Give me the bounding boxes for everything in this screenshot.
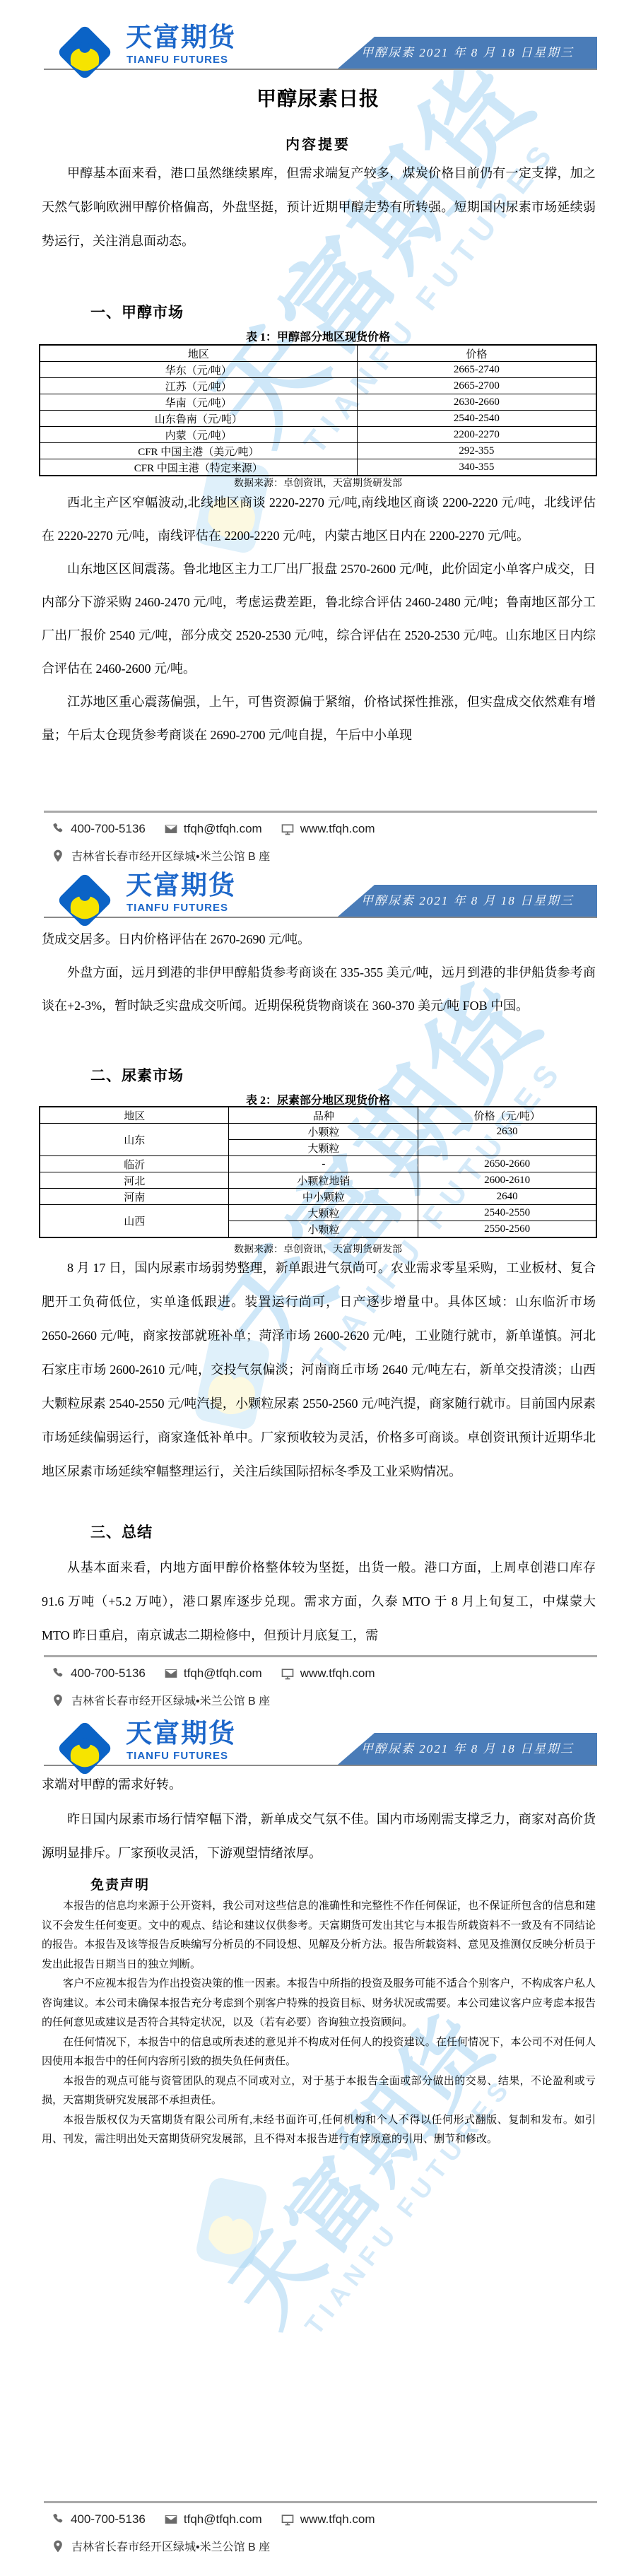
table-cell: - bbox=[229, 1156, 418, 1172]
date-banner: 甲醇尿素 2021 年 8 月 18 日星期三 bbox=[338, 37, 597, 69]
brand-logo-icon bbox=[54, 1717, 116, 1780]
table-cell: 大颗粒 bbox=[229, 1140, 418, 1156]
footer-website: www.tfqh.com bbox=[300, 2512, 375, 2527]
monitor-icon bbox=[281, 2512, 295, 2527]
mail-icon bbox=[164, 1666, 178, 1681]
table-cell: CFR 中国主港（特定来源） bbox=[40, 459, 357, 476]
phone-icon bbox=[51, 1666, 65, 1681]
table-cell: 内蒙（元/吨） bbox=[40, 427, 357, 443]
summary-heading: 内容提要 bbox=[0, 133, 636, 153]
table-row: 河南中小颗粒2640 bbox=[40, 1189, 596, 1205]
footer-website: www.tfqh.com bbox=[300, 1666, 375, 1681]
brand-name-en: TIANFU FUTURES bbox=[126, 1750, 228, 1762]
table-cell: 292-355 bbox=[357, 443, 596, 459]
section3-paragraphs: 从基本面来看，内地方面甲醇价格整体较为坚挺，出货一般。港口方面，上周卓创港口库存… bbox=[42, 1551, 596, 1652]
paragraph: 本报告的信息均来源于公开资料，我公司对这些信息的准确性和完整性不作任何保证，也不… bbox=[42, 1897, 596, 1975]
phone-icon bbox=[51, 822, 65, 836]
date-banner-text: 甲醇尿素 2021 年 8 月 18 日星期三 bbox=[338, 37, 597, 69]
footer-phone: 400-700-5136 bbox=[71, 822, 146, 836]
table-cell: 2200-2270 bbox=[357, 427, 596, 443]
table-cell: 2665-2740 bbox=[357, 362, 596, 378]
footer-phone-item: 400-700-5136 bbox=[51, 1666, 146, 1681]
table-cell: 华南（元/吨） bbox=[40, 394, 357, 411]
paragraph: 西北主产区窄幅波动,北线地区商谈 2220-2270 元/吨,南线地区商谈 22… bbox=[42, 486, 596, 553]
page-title: 甲醇尿素日报 bbox=[0, 83, 636, 112]
table-cell: 2550-2560 bbox=[418, 1221, 596, 1238]
table-row: 山东鲁南（元/吨）2540-2540 bbox=[40, 411, 596, 427]
section1-heading: 一、甲醇市场 bbox=[90, 301, 184, 322]
location-icon bbox=[51, 2539, 65, 2553]
header-divider bbox=[44, 1765, 597, 1766]
page-header: 天富期货 TIANFU FUTURES 甲醇尿素 2021 年 8 月 18 日… bbox=[0, 20, 636, 83]
paragraph: 甲醇基本面来看，港口虽然继续累库，但需求端复产较多，煤炭价格目前仍有一定支撑，加… bbox=[42, 156, 596, 258]
paragraph: 本报告的观点可能与资管团队的观点不同或对立，对于基于本报告全面或部分做出的交易、… bbox=[42, 2072, 596, 2111]
footer-phone: 400-700-5136 bbox=[71, 2512, 146, 2527]
footer-address-item: 吉林省长春市经开区绿城•米兰公馆 B 座 bbox=[51, 2538, 270, 2554]
footer-address-item: 吉林省长春市经开区绿城•米兰公馆 B 座 bbox=[51, 1692, 270, 1708]
table-cell: 临沂 bbox=[40, 1156, 229, 1172]
table-cell bbox=[418, 1140, 596, 1156]
date-banner: 甲醇尿素 2021 年 8 月 18 日星期三 bbox=[338, 1733, 597, 1765]
section1-paragraphs: 西北主产区窄幅波动,北线地区商谈 2220-2270 元/吨,南线地区商谈 22… bbox=[42, 486, 596, 752]
paragraph: 客户不应视本报告为作出投资决策的惟一因素。本报告中所指的投资及服务可能不适合个别… bbox=[42, 1975, 596, 2033]
table-cell: 中小颗粒 bbox=[229, 1189, 418, 1205]
table-cell: 山东 bbox=[40, 1124, 229, 1156]
table-cell: 小颗粒地销 bbox=[229, 1172, 418, 1189]
footer-email: tfqh@tfqh.com bbox=[184, 1666, 262, 1681]
disclaimer-heading: 免责声明 bbox=[90, 1874, 150, 1893]
table-cell: 2650-2660 bbox=[418, 1156, 596, 1172]
column-header: 地区 bbox=[40, 345, 357, 362]
paragraph: 昨日国内尿素市场行情窄幅下滑，新单成交气氛不佳。国内市场刚需支撑乏力，商家对高价… bbox=[42, 1802, 596, 1870]
table1-caption: 表 1：甲醇部分地区现货价格 bbox=[0, 328, 636, 344]
column-header: 品种 bbox=[229, 1107, 418, 1124]
section2-heading: 二、尿素市场 bbox=[90, 1064, 184, 1086]
methanol-price-table: 地区价格华东（元/吨）2665-2740江苏（元/吨）2665-2700华南（元… bbox=[39, 344, 597, 476]
table-cell: 山东鲁南（元/吨） bbox=[40, 411, 357, 427]
mail-icon bbox=[164, 822, 178, 836]
paragraph: 外盘方面，远月到港的非伊甲醇船货参考商谈在 335-355 美元/吨，远月到港的… bbox=[42, 956, 596, 1023]
table-row: 河北小颗粒地销2600-2610 bbox=[40, 1172, 596, 1189]
table-cell: 2540-2550 bbox=[418, 1205, 596, 1221]
table2-caption: 表 2：尿素部分地区现货价格 bbox=[0, 1091, 636, 1107]
table-row: 华南（元/吨）2630-2660 bbox=[40, 394, 596, 411]
paragraph: 本报告版权仅为天富期货有限公司所有,未经书面许可,任何机构和个人不得以任何形式翻… bbox=[42, 2111, 596, 2150]
table-row: 山西大颗粒2540-2550 bbox=[40, 1205, 596, 1221]
table-cell: 河南 bbox=[40, 1189, 229, 1205]
footer-address: 吉林省长春市经开区绿城•米兰公馆 B 座 bbox=[71, 2538, 270, 2554]
brand-logo-icon bbox=[54, 869, 116, 931]
date-banner: 甲醇尿素 2021 年 8 月 18 日星期三 bbox=[338, 885, 597, 917]
table-row: 江苏（元/吨）2665-2700 bbox=[40, 378, 596, 394]
disclaimer-paragraphs: 本报告的信息均来源于公开资料，我公司对这些信息的准确性和完整性不作任何保证，也不… bbox=[42, 1897, 596, 2150]
table-row: 内蒙（元/吨）2200-2270 bbox=[40, 427, 596, 443]
table-row: 山东小颗粒2630 bbox=[40, 1124, 596, 1140]
footer-email-item: tfqh@tfqh.com bbox=[164, 1666, 262, 1681]
brand-name-cn: 天富期货 bbox=[126, 24, 236, 50]
table-cell: 华东（元/吨） bbox=[40, 362, 357, 378]
section1-foreign-paragraphs: 外盘方面，远月到港的非伊甲醇船货参考商谈在 335-355 美元/吨，远月到港的… bbox=[42, 956, 596, 1023]
table-cell: 河北 bbox=[40, 1172, 229, 1189]
footer-phone-item: 400-700-5136 bbox=[51, 2512, 146, 2527]
table-cell: 2630 bbox=[418, 1124, 596, 1140]
page-header: 天富期货 TIANFU FUTURES 甲醇尿素 2021 年 8 月 18 日… bbox=[0, 1716, 636, 1780]
table-cell: 小颗粒 bbox=[229, 1221, 418, 1238]
footer-email-item: tfqh@tfqh.com bbox=[164, 822, 262, 836]
brand-logo-icon bbox=[54, 21, 116, 83]
header-divider bbox=[44, 917, 597, 918]
table-cell: 2665-2700 bbox=[357, 378, 596, 394]
table-cell: 2640 bbox=[418, 1189, 596, 1205]
footer-website-item: www.tfqh.com bbox=[281, 822, 375, 836]
table-cell: 大颗粒 bbox=[229, 1205, 418, 1221]
footer-website: www.tfqh.com bbox=[300, 822, 375, 836]
column-header: 地区 bbox=[40, 1107, 229, 1124]
brand-name-cn: 天富期货 bbox=[126, 1720, 236, 1746]
footer-divider bbox=[44, 1655, 597, 1657]
table-cell: 小颗粒 bbox=[229, 1124, 418, 1140]
column-header: 价格 bbox=[357, 345, 596, 362]
monitor-icon bbox=[281, 822, 295, 836]
table-cell: CFR 中国主港（美元/吨） bbox=[40, 443, 357, 459]
footer-divider bbox=[44, 811, 597, 813]
paragraph: 8 月 17 日，国内尿素市场弱势整理，新单跟进气氛尚可。农业需求零星采购，工业… bbox=[42, 1251, 596, 1488]
date-banner-text: 甲醇尿素 2021 年 8 月 18 日星期三 bbox=[338, 885, 597, 917]
summary-paragraphs: 甲醇基本面来看，港口虽然继续累库，但需求端复产较多，煤炭价格目前仍有一定支撑，加… bbox=[42, 156, 596, 258]
table-cell: 山西 bbox=[40, 1205, 229, 1238]
footer-address-item: 吉林省长春市经开区绿城•米兰公馆 B 座 bbox=[51, 847, 270, 864]
table-row: CFR 中国主港（特定来源）340-355 bbox=[40, 459, 596, 476]
mail-icon bbox=[164, 2512, 178, 2527]
table-cell: 340-355 bbox=[357, 459, 596, 476]
brand-name-cn: 天富期货 bbox=[126, 872, 236, 898]
report-canvas: 天富期货 TIANFU FUTURES 天富期货 TIANFU FUTURES … bbox=[0, 0, 636, 2576]
paragraph: 山东地区区间震荡。鲁北地区主力工厂出厂报盘 2570-2600 元/吨，此价固定… bbox=[42, 553, 596, 686]
footer-website-item: www.tfqh.com bbox=[281, 1666, 375, 1681]
footer-email: tfqh@tfqh.com bbox=[184, 822, 262, 836]
footer-divider bbox=[44, 2501, 597, 2503]
paragraph: 江苏地区重心震荡偏强，上午，可售资源偏于紧缩，价格试探性推涨，但实盘成交依然难有… bbox=[42, 686, 596, 752]
urea-price-table: 地区品种价格（元/吨）山东小颗粒2630大颗粒临沂-2650-2660河北小颗粒… bbox=[39, 1106, 597, 1238]
table-row: 华东（元/吨）2665-2740 bbox=[40, 362, 596, 378]
footer-phone: 400-700-5136 bbox=[71, 1666, 146, 1681]
location-icon bbox=[51, 1693, 65, 1707]
footer-email-item: tfqh@tfqh.com bbox=[164, 2512, 262, 2527]
footer-email: tfqh@tfqh.com bbox=[184, 2512, 262, 2527]
footer-website-item: www.tfqh.com bbox=[281, 2512, 375, 2527]
phone-icon bbox=[51, 2512, 65, 2527]
brand-name-en: TIANFU FUTURES bbox=[126, 54, 228, 66]
location-icon bbox=[51, 849, 65, 863]
footer-address: 吉林省长春市经开区绿城•米兰公馆 B 座 bbox=[71, 847, 270, 864]
page-header: 天富期货 TIANFU FUTURES 甲醇尿素 2021 年 8 月 18 日… bbox=[0, 868, 636, 931]
footer-phone-item: 400-700-5136 bbox=[51, 822, 146, 836]
paragraph: 在任何情况下，本报告中的信息或所表述的意见并不构成对任何人的投资建议。在任何情况… bbox=[42, 2033, 596, 2072]
footer-address: 吉林省长春市经开区绿城•米兰公馆 B 座 bbox=[71, 1692, 270, 1708]
section3-urea-paragraphs: 昨日国内尿素市场行情窄幅下滑，新单成交气氛不佳。国内市场刚需支撑乏力，商家对高价… bbox=[42, 1802, 596, 1870]
table-row: CFR 中国主港（美元/吨）292-355 bbox=[40, 443, 596, 459]
column-header: 价格（元/吨） bbox=[418, 1107, 596, 1124]
header-divider bbox=[44, 69, 597, 70]
table-row: 临沂-2650-2660 bbox=[40, 1156, 596, 1172]
table-cell: 2540-2540 bbox=[357, 411, 596, 427]
table-cell: 2600-2610 bbox=[418, 1172, 596, 1189]
section3-heading: 三、总结 bbox=[90, 1521, 153, 1542]
paragraph: 从基本面来看，内地方面甲醇价格整体较为坚挺，出货一般。港口方面，上周卓创港口库存… bbox=[42, 1551, 596, 1652]
monitor-icon bbox=[281, 1666, 295, 1681]
table-cell: 2630-2660 bbox=[357, 394, 596, 411]
watermark-logo-icon bbox=[173, 2164, 292, 2283]
date-banner-text: 甲醇尿素 2021 年 8 月 18 日星期三 bbox=[338, 1733, 597, 1765]
table-cell: 江苏（元/吨） bbox=[40, 378, 357, 394]
section2-paragraphs: 8 月 17 日，国内尿素市场弱势整理，新单跟进气氛尚可。农业需求零星采购，工业… bbox=[42, 1251, 596, 1488]
brand-name-en: TIANFU FUTURES bbox=[126, 902, 228, 914]
